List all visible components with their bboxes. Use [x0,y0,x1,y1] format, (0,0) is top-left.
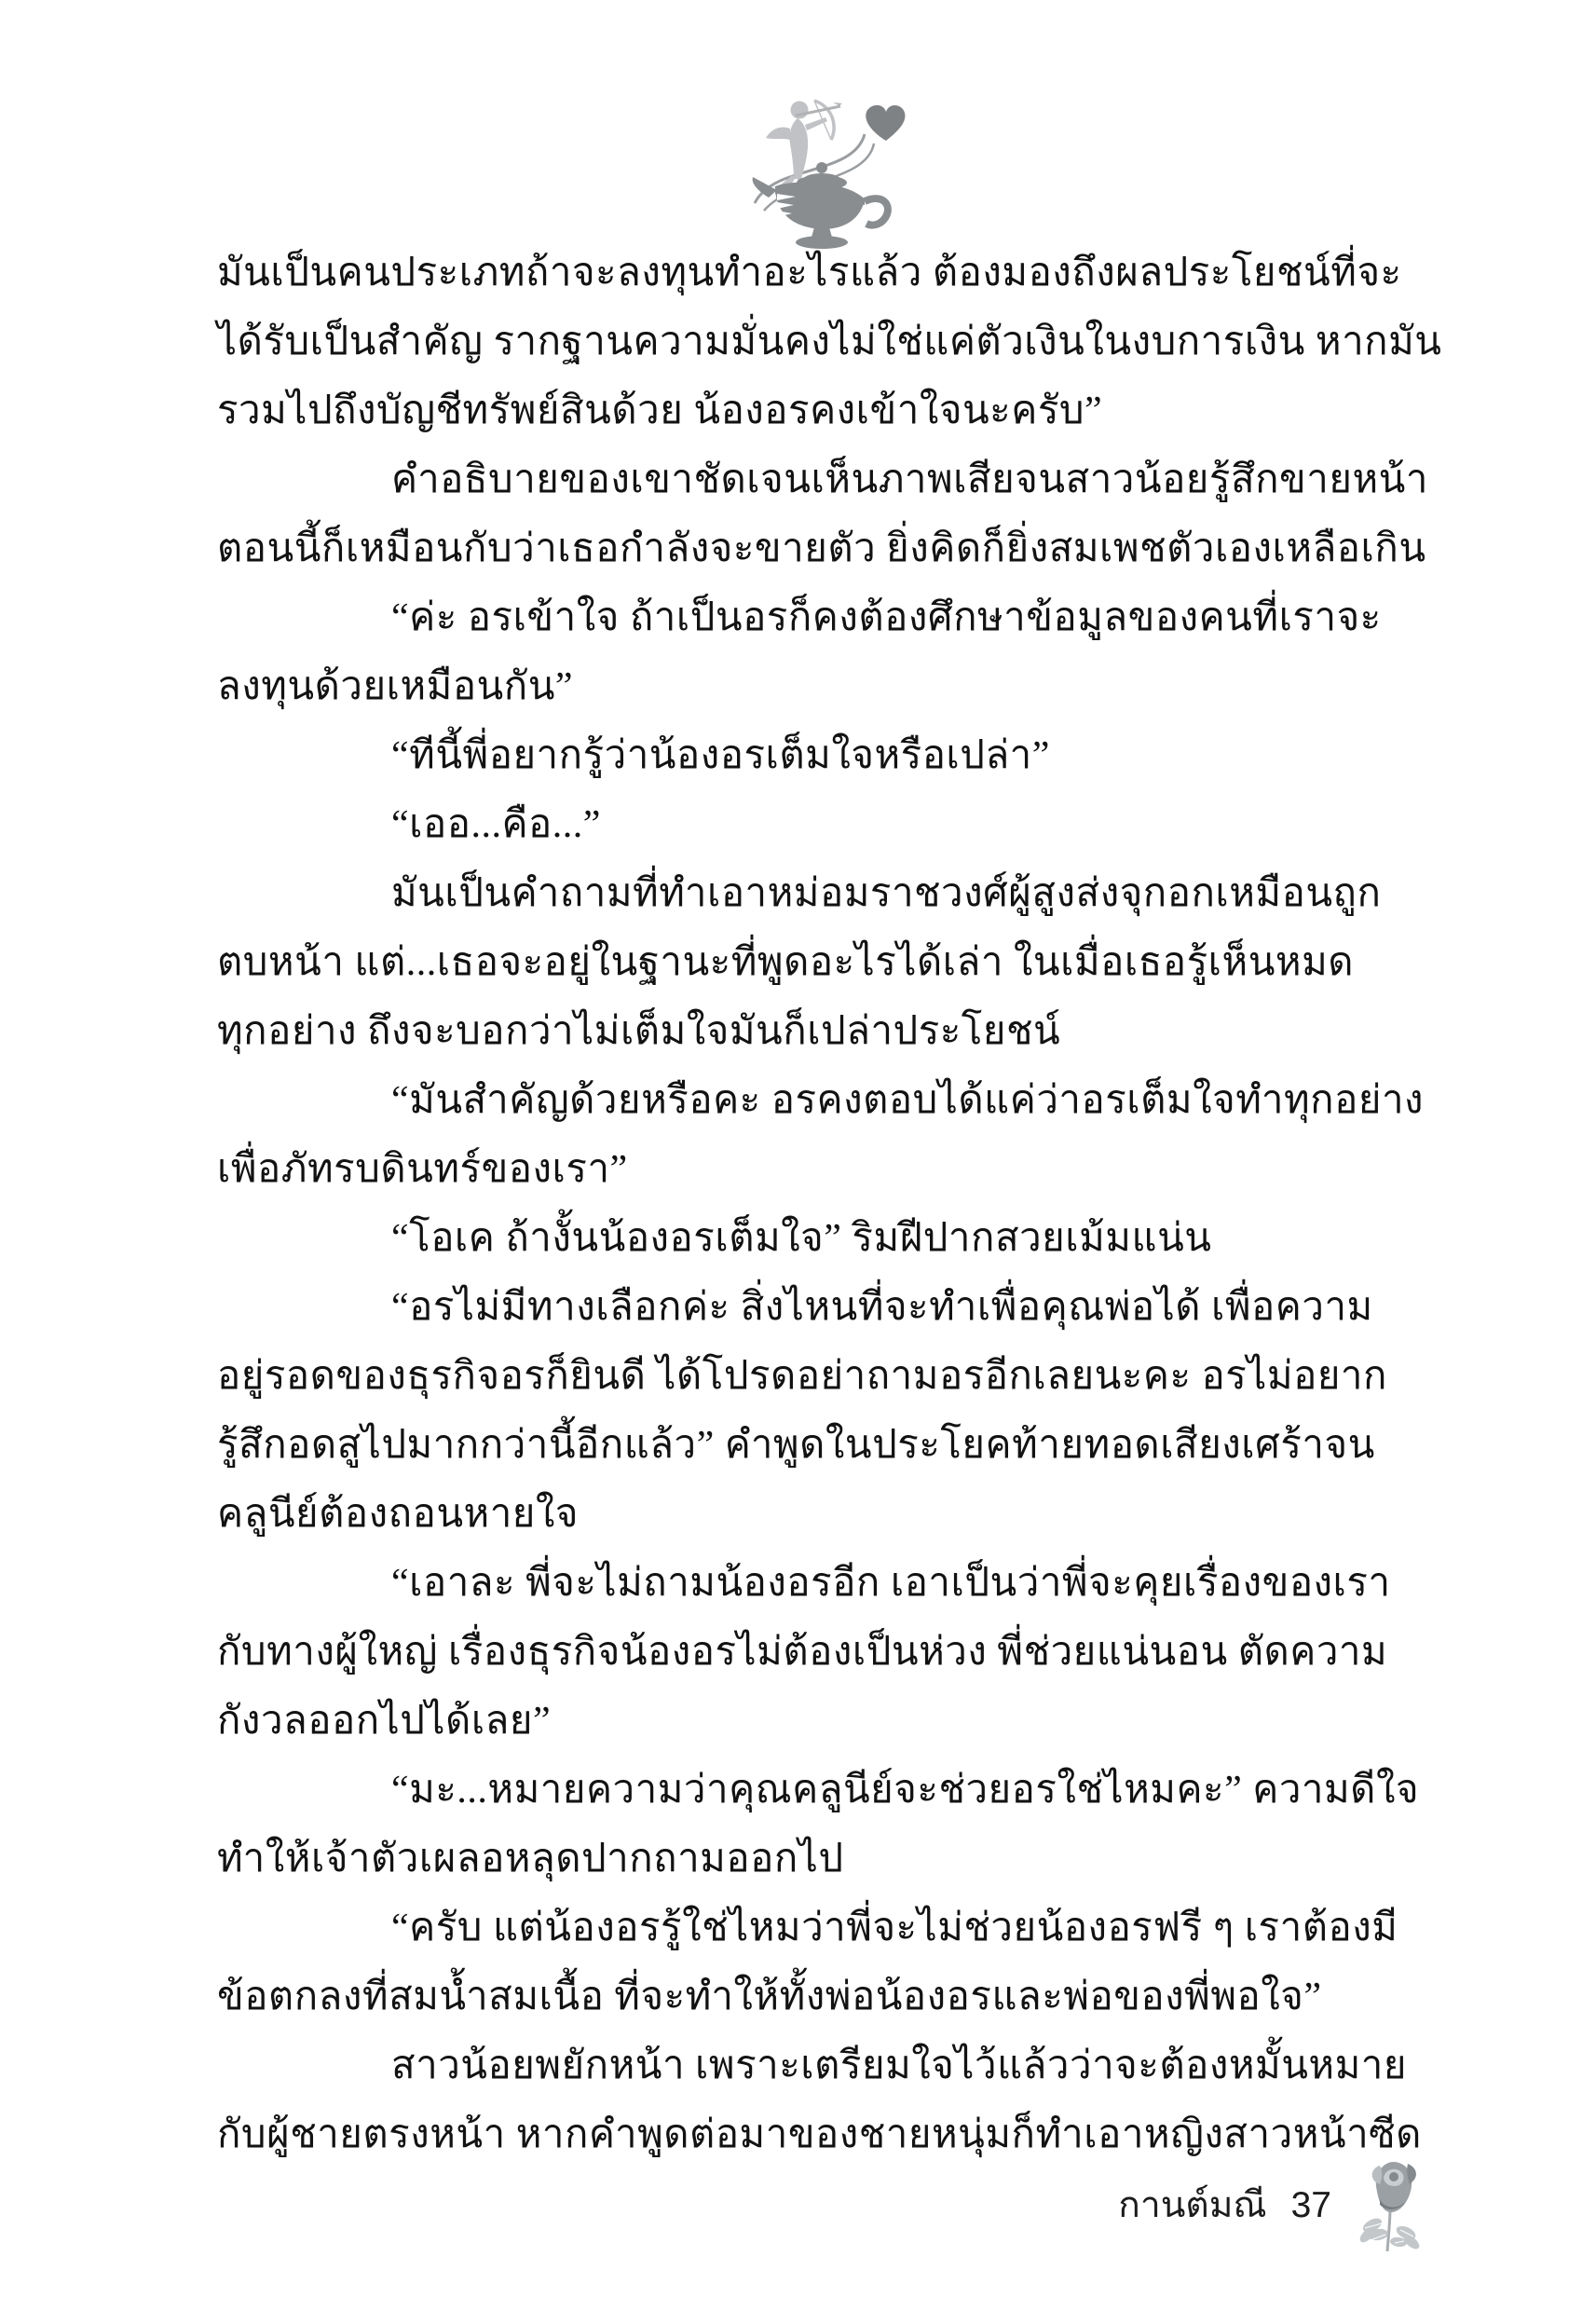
text-line: “ทีนี้พี่อยากรู้ว่าน้องอรเต็มใจหรือเปล่า… [217,721,1421,790]
text-line: กังวลออกไปได้เลย” [217,1687,1421,1756]
text-line: ตบหน้า แต่...เธอจะอยู่ในฐานะที่พูดอะไรได… [217,928,1421,997]
text-line: ทำให้เจ้าตัวเผลอหลุดปากถามออกไป [217,1825,1421,1894]
rose-icon [1352,2154,1428,2257]
text-line: “ครับ แต่น้องอรรู้ใช่ไหมว่าพี่จะไม่ช่วยน… [217,1894,1421,1962]
text-line: ข้อตกลงที่สมน้ำสมเนื้อ ที่จะทำให้ทั้งพ่อ… [217,1962,1421,2031]
text-line: “โอเค ถ้างั้นน้องอรเต็มใจ” ริมฝีปากสวยเม… [217,1204,1421,1273]
text-line: รวมไปถึงบัญชีทรัพย์สินด้วย น้องอรคงเข้าใ… [217,376,1421,445]
book-page: มันเป็นคนประเภทถ้าจะลงทุนทำอะไรแล้ว ต้อง… [0,0,1596,2311]
running-title: กานต์มณี [1118,2159,1266,2252]
page-footer: กานต์มณี 37 [1118,2154,1428,2257]
text-line: “เอาละ พี่จะไม่ถามน้องอรอีก เอาเป็นว่าพี… [217,1549,1421,1618]
text-line: “มันสำคัญด้วยหรือคะ อรคงตอบได้แค่ว่าอรเต… [217,1066,1421,1135]
text-line: มันเป็นคนประเภทถ้าจะลงทุนทำอะไรแล้ว ต้อง… [217,239,1421,308]
text-line: ทุกอย่าง ถึงจะบอกว่าไม่เต็มใจมันก็เปล่าป… [217,997,1421,1066]
text-line: กับทางผู้ใหญ่ เรื่องธุรกิจน้องอรไม่ต้องเ… [217,1618,1421,1687]
text-line: “เออ...คือ...” [217,790,1421,859]
body-text: มันเป็นคนประเภทถ้าจะลงทุนทำอะไรแล้ว ต้อง… [217,239,1421,2169]
text-line: มันเป็นคำถามที่ทำเอาหม่อมราชวงศ์ผู้สูงส่… [217,859,1421,928]
text-line: อยู่รอดของธุรกิจอรก็ยินดี ได้โปรดอย่าถาม… [217,1342,1421,1411]
text-line: “มะ...หมายความว่าคุณคลูนีย์จะช่วยอรใช่ไห… [217,1756,1421,1825]
text-line: “อรไม่มีทางเลือกค่ะ สิ่งไหนที่จะทำเพื่อค… [217,1273,1421,1342]
cupid-lamp-icon [717,86,932,253]
text-line: ตอนนี้ก็เหมือนกับว่าเธอกำลังจะขายตัว ยิ่… [217,514,1421,583]
text-line: รู้สึกอดสูไปมากกว่านี้อีกแล้ว” คำพูดในปร… [217,1411,1421,1480]
lamp-cupid-ornament [717,86,932,253]
text-line: สาวน้อยพยักหน้า เพราะเตรียมใจไว้แล้วว่าจ… [217,2031,1421,2100]
text-line: คำอธิบายของเขาชัดเจนเห็นภาพเสียจนสาวน้อย… [217,445,1421,514]
text-line: เพื่อภัทรบดินทร์ของเรา” [217,1135,1421,1204]
text-line: “ค่ะ อรเข้าใจ ถ้าเป็นอรก็คงต้องศึกษาข้อม… [217,583,1421,652]
page-number: 37 [1291,2159,1331,2252]
text-line: ได้รับเป็นสำคัญ รากฐานความมั่นคงไม่ใช่แค… [217,308,1421,376]
text-line: คลูนีย์ต้องถอนหายใจ [217,1480,1421,1549]
text-line: ลงทุนด้วยเหมือนกัน” [217,652,1421,721]
